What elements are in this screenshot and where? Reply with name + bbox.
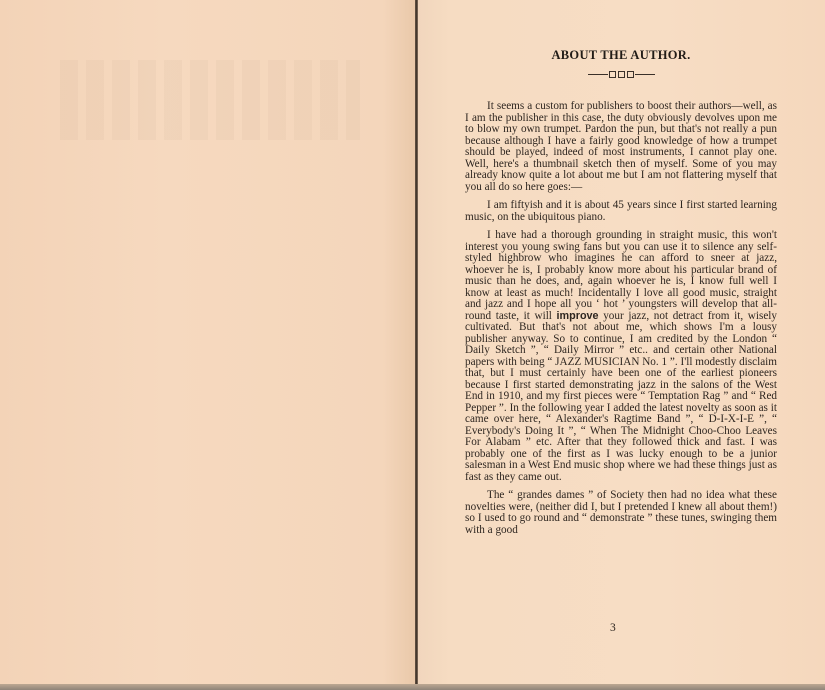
left-page-blank — [0, 0, 416, 686]
page-bottom-edge — [0, 684, 825, 690]
paragraph-grandes-dames: The “ grandes dames ” of Society then ha… — [465, 490, 777, 536]
paragraph-background: I have had a thorough grounding in strai… — [465, 230, 777, 483]
paragraph-text: your jazz, not detract from it, wisely c… — [465, 310, 777, 483]
page-title: ABOUT THE AUTHOR. — [465, 48, 777, 63]
paragraph-age: I am fiftyish and it is about 45 years s… — [465, 200, 777, 223]
paragraph-text: I have had a thorough grounding in strai… — [465, 229, 777, 322]
divider-ornament-icon — [465, 69, 777, 79]
book-spread: ABOUT THE AUTHOR. It seems a custom for … — [0, 0, 825, 690]
emphasized-word: improve — [557, 310, 599, 322]
right-page-content: ABOUT THE AUTHOR. It seems a custom for … — [465, 48, 777, 543]
show-through-text — [60, 60, 360, 140]
page-number: 3 — [610, 622, 616, 634]
paragraph-intro: It seems a custom for publishers to boos… — [465, 101, 777, 193]
